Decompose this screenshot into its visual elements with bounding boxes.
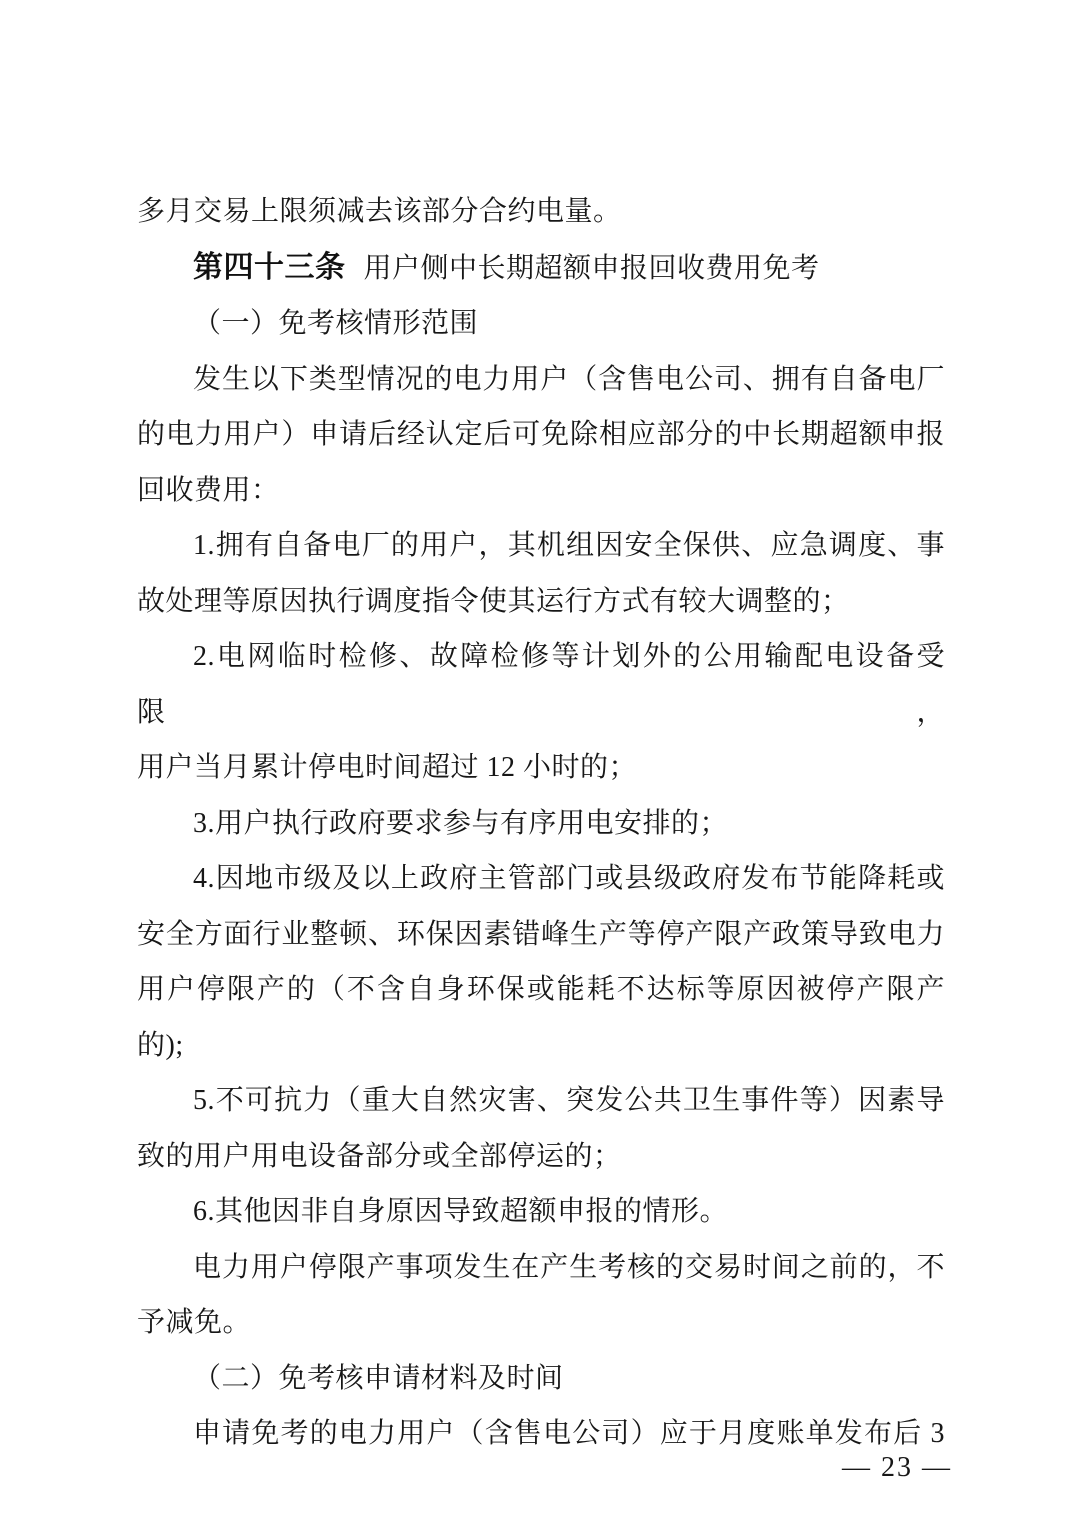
paragraph-line: 申请免考的电力用户（含售电公司）应于月度账单发布后 3 xyxy=(137,1406,945,1462)
section-heading-1: （一）免考核情形范围 xyxy=(137,296,945,352)
paragraph-line: 发生以下类型情况的电力用户（含售电公司、拥有自备电厂 xyxy=(137,352,945,408)
paragraph-line: 予减免。 xyxy=(137,1295,945,1351)
document-text-block: 多月交易上限须减去该部分合约电量。 第四十三条用户侧中长期超额申报回收费用免考 … xyxy=(137,184,945,1462)
paragraph-line: 回收费用： xyxy=(137,463,945,519)
article-title: 用户侧中长期超额申报回收费用免考 xyxy=(364,253,820,284)
paragraph-line: 安全方面行业整顿、环保因素错峰生产等停产限产政策导致电力 xyxy=(137,907,945,963)
paragraph-line: 的); xyxy=(137,1018,945,1074)
paragraph-line: 多月交易上限须减去该部分合约电量。 xyxy=(137,184,945,240)
list-item-4: 4.因地市级及以上政府主管部门或县级政府发布节能降耗或 xyxy=(137,851,945,907)
page-number: — 23 — xyxy=(842,1448,952,1488)
page-sheet: 多月交易上限须减去该部分合约电量。 第四十三条用户侧中长期超额申报回收费用免考 … xyxy=(0,0,1080,1527)
list-item-6: 6.其他因非自身原因导致超额申报的情形。 xyxy=(137,1184,945,1240)
document-page: { "page": { "background": "#ffffff", "te… xyxy=(0,0,1080,1527)
section-heading-2: （二）免考核申请材料及时间 xyxy=(137,1351,945,1407)
paragraph-line: 的电力用户）申请后经认定后可免除相应部分的中长期超额申报 xyxy=(137,407,945,463)
paragraph-line: 用户停限产的（不含自身环保或能耗不达标等原因被停产限产 xyxy=(137,962,945,1018)
list-item-1: 1.拥有自备电厂的用户，其机组因安全保供、应急调度、事 xyxy=(137,518,945,574)
paragraph-line: 用户当月累计停电时间超过 12 小时的； xyxy=(137,740,945,796)
paragraph-line: 电力用户停限产事项发生在产生考核的交易时间之前的，不 xyxy=(137,1240,945,1296)
paragraph-line: 致的用户用电设备部分或全部停运的； xyxy=(137,1129,945,1185)
list-item-3: 3.用户执行政府要求参与有序用电安排的； xyxy=(137,796,945,852)
paragraph-line: 故处理等原因执行调度指令使其运行方式有较大调整的； xyxy=(137,574,945,630)
article-number: 第四十三条 xyxy=(193,251,346,284)
list-item-5: 5.不可抗力（重大自然灾害、突发公共卫生事件等）因素导 xyxy=(137,1073,945,1129)
article-heading: 第四十三条用户侧中长期超额申报回收费用免考 xyxy=(137,240,945,297)
list-item-2: 2.电网临时检修、故障检修等计划外的公用输配电设备受限， xyxy=(137,629,945,740)
